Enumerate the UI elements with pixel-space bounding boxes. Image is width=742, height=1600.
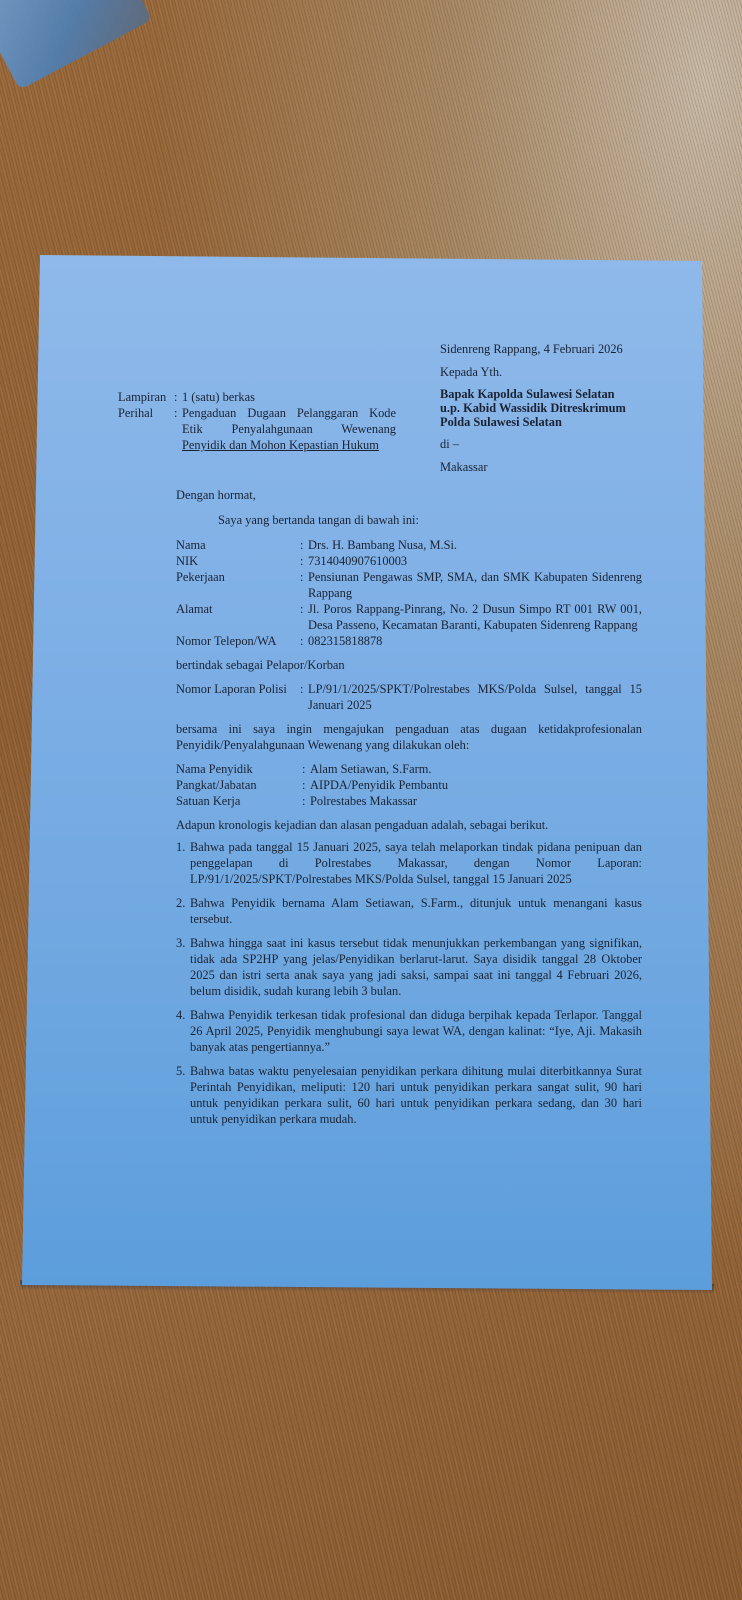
field-value: Alam Setiawan, S.Farm.: [310, 761, 642, 777]
field-label: Pekerjaan: [176, 569, 300, 601]
colon: :: [302, 793, 310, 809]
letter-paper: Sidenreng Rappang, 4 Februari 2026 Kepad…: [22, 255, 712, 1290]
field-value: Pensiunan Pengawas SMP, SMA, dan SMK Kab…: [308, 569, 642, 601]
intro: Saya yang bertanda tangan di bawah ini:: [176, 512, 642, 528]
item-number: 1.: [176, 839, 190, 887]
colon: :: [302, 777, 310, 793]
item-number: 4.: [176, 1007, 190, 1055]
investigator-row: Nama Penyidik : Alam Setiawan, S.Farm.: [176, 761, 642, 777]
chronology-intro: Adapun kronologis kejadian dan alasan pe…: [176, 817, 642, 833]
lampiran-label: Lampiran: [118, 389, 174, 405]
field-label: Nomor Telepon/WA: [176, 633, 300, 649]
blue-object-corner: [0, 0, 152, 90]
field-label: Nama Penyidik: [176, 761, 302, 777]
list-item: 3. Bahwa hingga saat ini kasus tersebut …: [176, 935, 642, 999]
complaint-intro: bersama ini saya ingin mengajukan pengad…: [176, 721, 642, 753]
item-text: Bahwa batas waktu penyelesaian penyidika…: [190, 1063, 642, 1127]
reporter-row: Nama : Drs. H. Bambang Nusa, M.Si.: [176, 537, 642, 553]
field-value: AIPDA/Penyidik Pembantu: [310, 777, 642, 793]
colon: :: [300, 537, 308, 553]
lampiran-value: 1 (satu) berkas: [182, 389, 255, 405]
perihal-line: Penyidik dan Mohon Kepastian Hukum: [182, 437, 396, 453]
field-label: Pangkat/Jabatan: [176, 777, 302, 793]
city: Makassar: [440, 459, 710, 475]
recipient-line: u.p. Kabid Wassidik Ditreskrimum: [440, 401, 710, 415]
recipient-line: Bapak Kapolda Sulawesi Selatan: [440, 387, 710, 401]
colon: :: [300, 553, 308, 569]
colon: :: [174, 405, 182, 453]
field-label: Alamat: [176, 601, 300, 633]
reporter-details: Nama : Drs. H. Bambang Nusa, M.Si. NIK :…: [176, 537, 642, 649]
list-item: 2. Bahwa Penyidik bernama Alam Setiawan,…: [176, 895, 642, 927]
item-text: Bahwa Penyidik bernama Alam Setiawan, S.…: [190, 895, 642, 927]
item-text: Bahwa Penyidik terkesan tidak profesiona…: [190, 1007, 642, 1055]
colon: :: [300, 601, 308, 633]
colon: :: [300, 633, 308, 649]
field-label: Nama: [176, 537, 300, 553]
reporter-row: Nomor Telepon/WA : 082315818878: [176, 633, 642, 649]
investigator-row: Satuan Kerja : Polrestabes Makassar: [176, 793, 642, 809]
list-item: 1. Bahwa pada tanggal 15 Januari 2025, s…: [176, 839, 642, 887]
item-number: 5.: [176, 1063, 190, 1127]
field-value: Polrestabes Makassar: [310, 793, 642, 809]
to-label: Kepada Yth.: [440, 364, 710, 380]
field-value: 7314040907610003: [308, 553, 642, 569]
letter-body: Dengan hormat, Saya yang bertanda tangan…: [176, 487, 642, 1135]
place-date: Sidenreng Rappang, 4 Februari 2026: [440, 341, 710, 357]
greeting: Dengan hormat,: [176, 487, 642, 503]
report-number-row: Nomor Laporan Polisi : LP/91/1/2025/SPKT…: [176, 681, 642, 713]
recipient-line: Polda Sulawesi Selatan: [440, 415, 710, 429]
item-text: Bahwa hingga saat ini kasus tersebut tid…: [190, 935, 642, 999]
item-text: Bahwa pada tanggal 15 Januari 2025, saya…: [190, 839, 642, 887]
lampiran-row: Lampiran : 1 (satu) berkas: [118, 389, 418, 405]
field-label: Nomor Laporan Polisi: [176, 681, 300, 713]
colon: :: [174, 389, 182, 405]
list-item: 4. Bahwa Penyidik terkesan tidak profesi…: [176, 1007, 642, 1055]
list-item: 5. Bahwa batas waktu penyelesaian penyid…: [176, 1063, 642, 1127]
subject-block: Lampiran : 1 (satu) berkas Perihal : Pen…: [118, 389, 418, 453]
investigator-row: Pangkat/Jabatan : AIPDA/Penyidik Pembant…: [176, 777, 642, 793]
reporter-row: Pekerjaan : Pensiunan Pengawas SMP, SMA,…: [176, 569, 642, 601]
item-number: 2.: [176, 895, 190, 927]
perihal-value: Pengaduan Dugaan Pelanggaran Kode Etik P…: [182, 405, 396, 453]
reporter-row: Alamat : Jl. Poros Rappang-Pinrang, No. …: [176, 601, 642, 633]
investigator-details: Nama Penyidik : Alam Setiawan, S.Farm. P…: [176, 761, 642, 809]
perihal-line: Etik Penyalahgunaan Wewenang: [182, 421, 396, 437]
colon: :: [300, 681, 308, 713]
colon: :: [300, 569, 308, 601]
perihal-line: Pengaduan Dugaan Pelanggaran Kode: [182, 405, 396, 421]
reporter-row: NIK : 7314040907610003: [176, 553, 642, 569]
recipient: Bapak Kapolda Sulawesi Selatan u.p. Kabi…: [440, 387, 710, 429]
field-label: NIK: [176, 553, 300, 569]
perihal-row: Perihal : Pengaduan Dugaan Pelanggaran K…: [118, 405, 418, 453]
address-block: Sidenreng Rappang, 4 Februari 2026 Kepad…: [440, 341, 710, 482]
di-label: di –: [440, 436, 710, 452]
colon: :: [302, 761, 310, 777]
field-label: Satuan Kerja: [176, 793, 302, 809]
item-number: 3.: [176, 935, 190, 999]
field-value: Drs. H. Bambang Nusa, M.Si.: [308, 537, 642, 553]
perihal-label: Perihal: [118, 405, 174, 453]
field-value: LP/91/1/2025/SPKT/Polrestabes MKS/Polda …: [308, 681, 642, 713]
field-value: Jl. Poros Rappang-Pinrang, No. 2 Dusun S…: [308, 601, 642, 633]
chronology-list: 1. Bahwa pada tanggal 15 Januari 2025, s…: [176, 839, 642, 1127]
reporter-role: bertindak sebagai Pelapor/Korban: [176, 657, 642, 673]
field-value: 082315818878: [308, 633, 642, 649]
